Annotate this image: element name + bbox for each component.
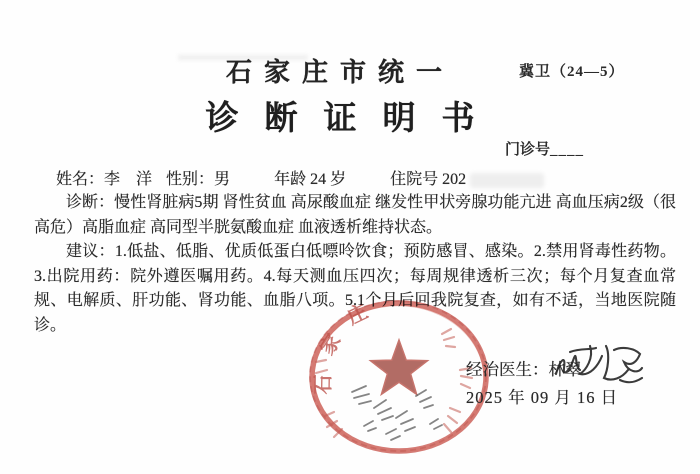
admission-number-redaction bbox=[470, 173, 544, 188]
hospital-title: 石家庄市统一 bbox=[120, 52, 560, 89]
form-code: 冀卫（24—5） bbox=[519, 60, 625, 81]
admission-value: 202 bbox=[442, 171, 466, 188]
patient-info-row: 姓名：李 洋性别：男年龄 24 岁住院号 202 bbox=[56, 166, 696, 189]
seal-bleedthrough-scribbles bbox=[352, 386, 442, 440]
diagnosis-paragraph: 诊断：慢性肾脏病5期 肾性贫血 高尿酸血症 继发性甲状旁腺功能亢进 高血压病2级… bbox=[34, 191, 676, 240]
diagnosis-label: 诊断： bbox=[66, 194, 114, 211]
outpatient-number-label: 门诊号 bbox=[505, 142, 550, 158]
doctor-signature bbox=[550, 340, 646, 392]
document-title: 诊断证明书 bbox=[100, 92, 580, 139]
outpatient-number-row: 门诊号____ bbox=[505, 138, 584, 159]
gender-value: 男 bbox=[214, 171, 230, 188]
age-label: 年龄 bbox=[274, 171, 306, 188]
seal-arc-text: 石家庄 bbox=[312, 296, 387, 395]
advice-label: 建议： bbox=[66, 243, 115, 260]
outpatient-number-blank: ____ bbox=[550, 142, 584, 158]
gender-label: 性别： bbox=[166, 171, 214, 188]
diagnosis-certificate-page: 石家庄市统一 冀卫（24—5） 诊断证明书 门诊号____ 姓名：李 洋性别：男… bbox=[0, 0, 700, 474]
seal-star-icon bbox=[371, 340, 428, 394]
age-value: 24 岁 bbox=[310, 171, 346, 188]
admission-label: 住院号 bbox=[390, 171, 438, 188]
name-label: 姓名： bbox=[56, 171, 104, 188]
diagnosis-text: 慢性肾脏病5期 肾性贫血 高尿酸血症 继发性甲状旁腺功能亢进 高血压病2级（很高… bbox=[34, 194, 676, 236]
doctor-label: 经治医生： bbox=[466, 360, 549, 379]
svg-text:石家庄: 石家庄 bbox=[312, 296, 387, 395]
name-value: 李 洋 bbox=[104, 171, 152, 188]
